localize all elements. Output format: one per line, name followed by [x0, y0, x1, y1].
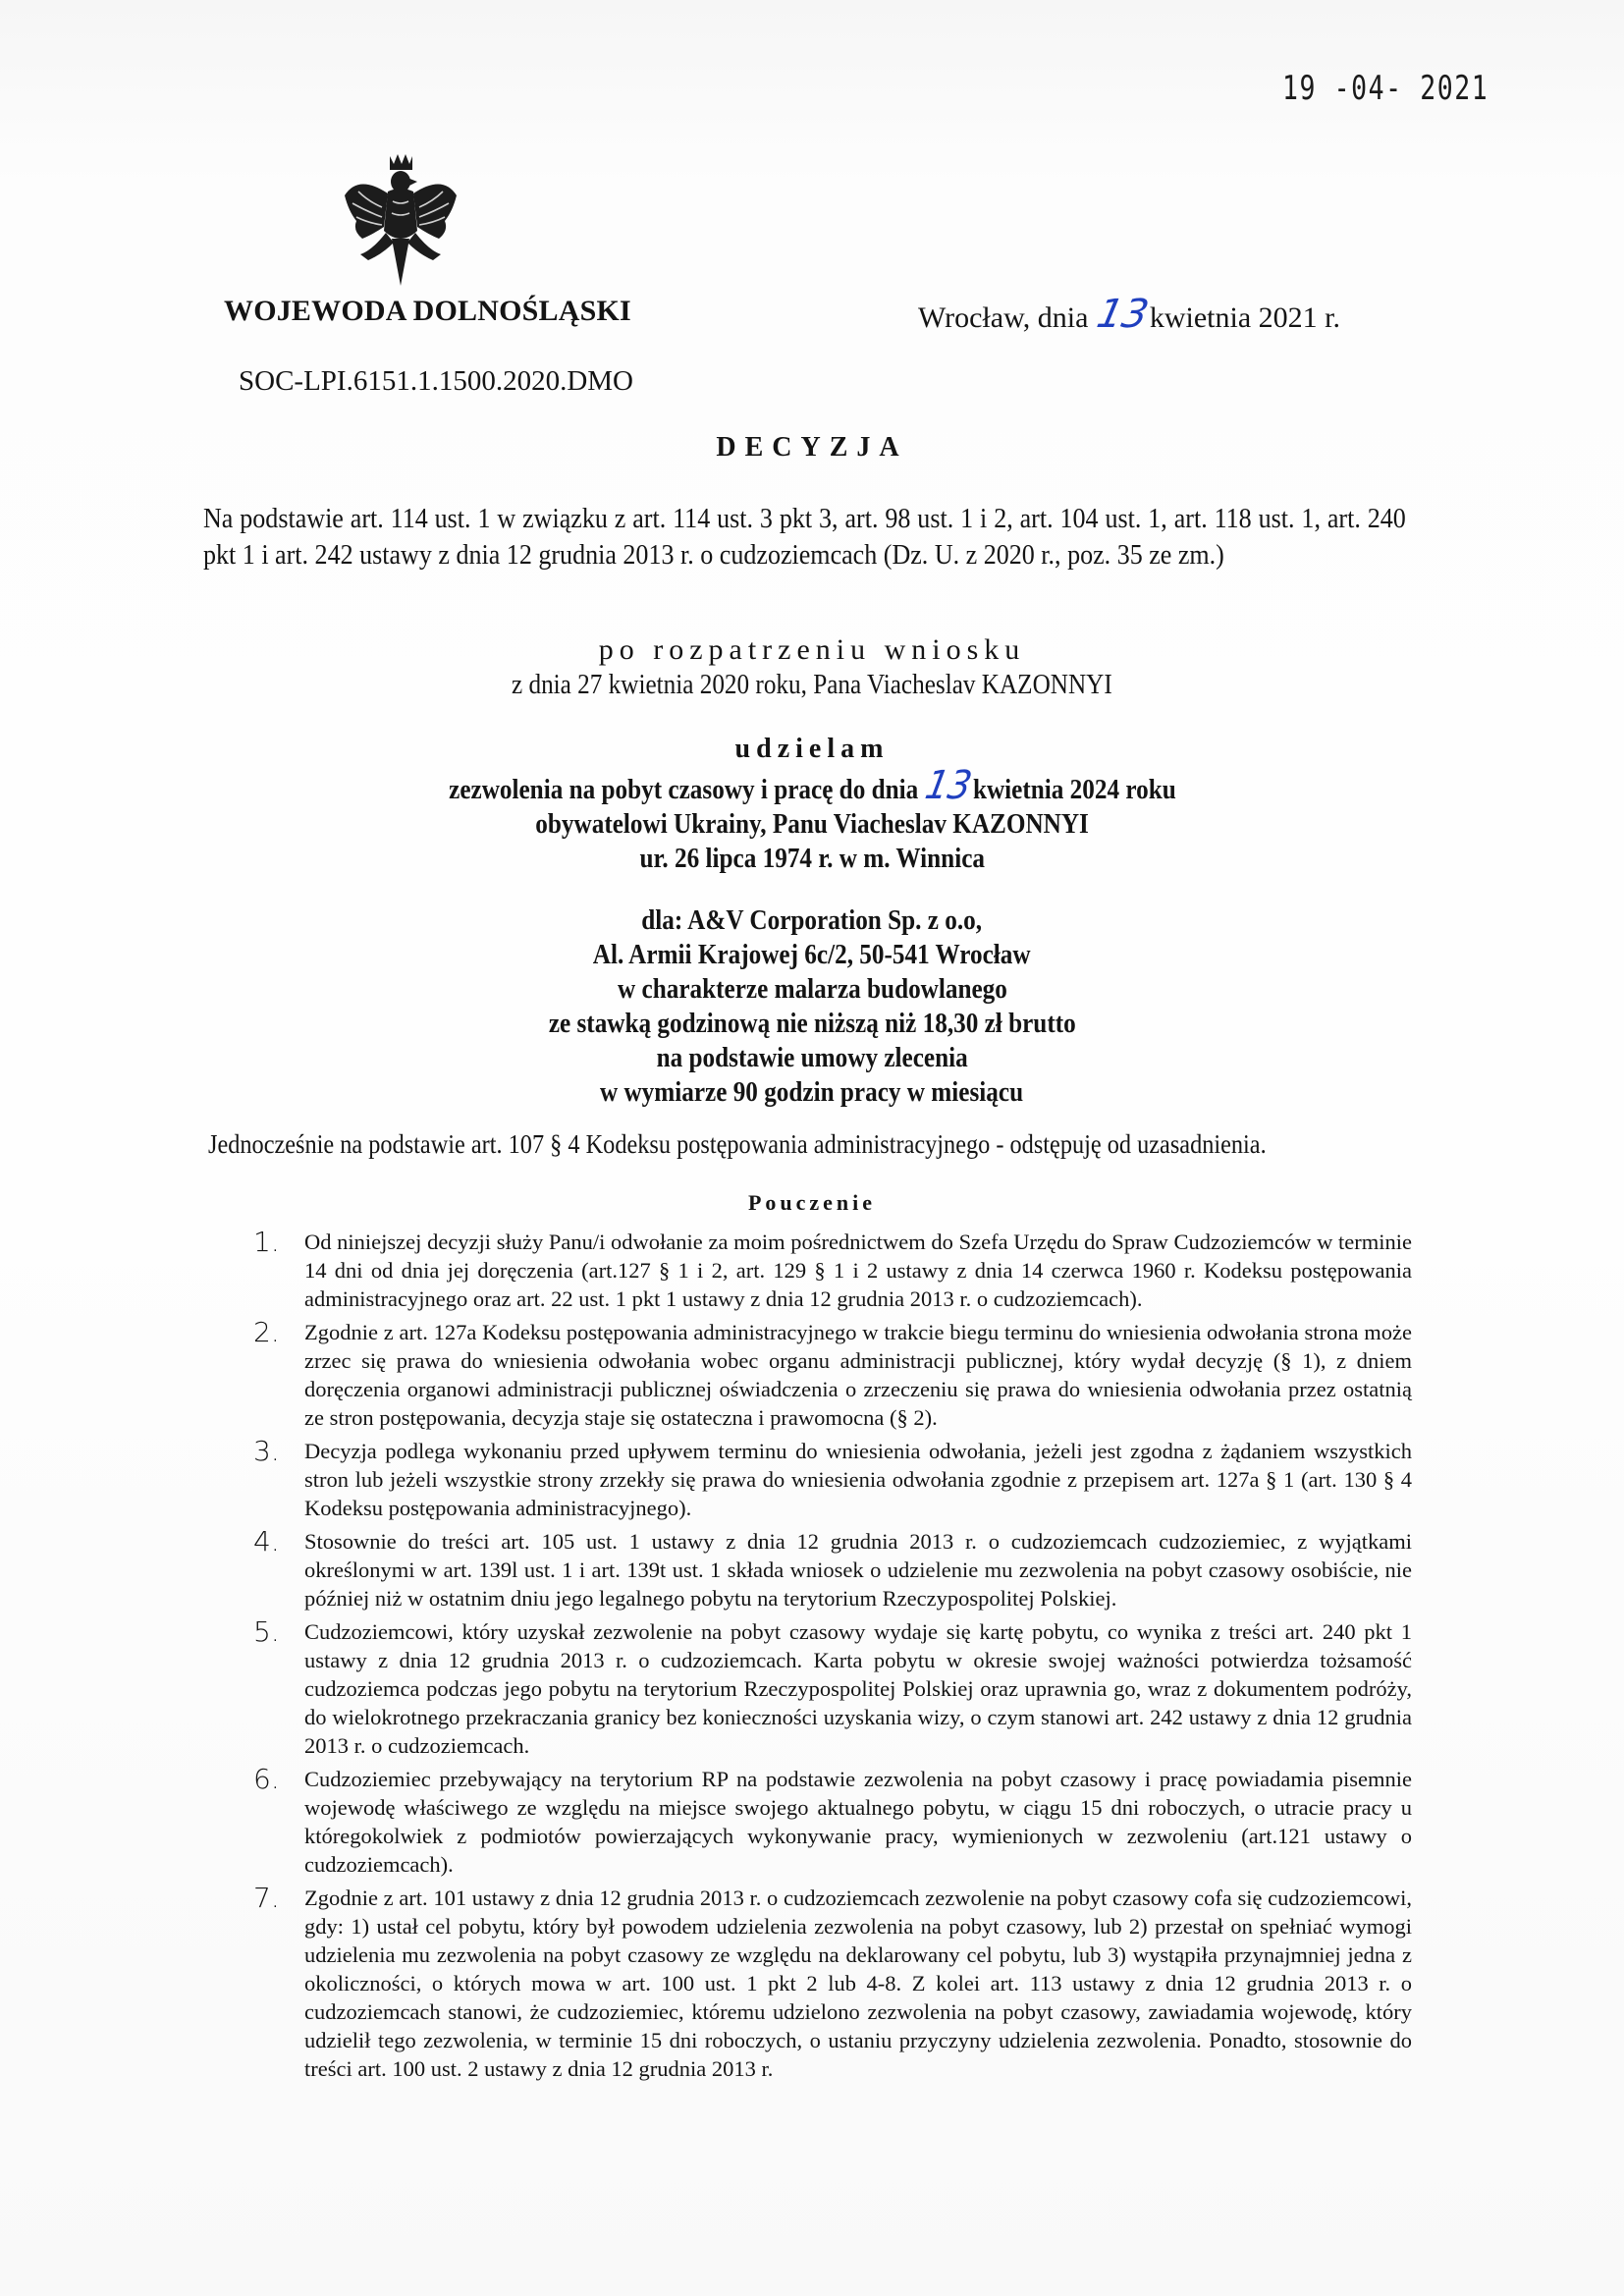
place-and-date: Wrocław, dnia 13kwietnia 2021 r. — [918, 295, 1340, 335]
instruction-item: 5. Cudzoziemcowi, który uzyskał zezwolen… — [253, 1617, 1412, 1760]
instruction-item: 3. Decyzja podlega wykonaniu przed upływ… — [253, 1437, 1412, 1522]
employer-line: w wymiarze 90 godzin pracy w miesiącu — [600, 1075, 1023, 1110]
instruction-item: 7. Zgodnie z art. 101 ustawy z dnia 12 g… — [253, 1884, 1412, 2083]
permit-suffix: kwietnia 2024 roku — [973, 775, 1176, 805]
employer-line: dla: A&V Corporation Sp. z o.o, — [642, 903, 983, 938]
instruction-number: 4. — [253, 1527, 280, 1556]
instruction-text: Zgodnie z art. 127a Kodeksu postępowania… — [304, 1318, 1412, 1432]
justification-waiver: Jednocześnie na podstawie art. 107 § 4 K… — [208, 1129, 1267, 1160]
permit-prefix: zezwolenia na pobyt czasowy i pracę do d… — [449, 775, 918, 805]
document-title: DECYZJA — [0, 432, 1624, 464]
permit-line: zezwolenia na pobyt czasowy i pracę do d… — [449, 766, 1176, 807]
employer-line: ze stawką godzinową nie niższą niż 18,30… — [549, 1007, 1076, 1041]
instructions-title: Pouczenie — [0, 1190, 1624, 1216]
instruction-number: 5. — [253, 1617, 280, 1646]
received-date-stamp: 19 -04- 2021 — [1282, 69, 1489, 108]
employer-block: dla: A&V Corporation Sp. z o.o, Al. Armi… — [0, 903, 1624, 1110]
handwritten-permit-day: 13 — [922, 766, 974, 805]
instruction-item: 1. Od niniejszej decyzji służy Panu/i od… — [253, 1228, 1412, 1313]
employer-line: w charakterze malarza budowlanego — [618, 972, 1007, 1007]
birth-line: ur. 26 lipca 1974 r. w m. Winnica — [639, 842, 984, 876]
legal-basis-paragraph: Na podstawie art. 114 ust. 1 w związku z… — [203, 501, 1406, 574]
instruction-item: 6. Cudzoziemiec przebywający na terytori… — [253, 1765, 1412, 1879]
instruction-number: 2. — [253, 1318, 280, 1346]
instruction-number: 1. — [253, 1228, 280, 1256]
employer-line: na podstawie umowy zlecenia — [656, 1041, 967, 1075]
employer-line: Al. Armii Krajowej 6c/2, 50-541 Wrocław — [593, 938, 1031, 972]
instruction-text: Stosownie do treści art. 105 ust. 1 usta… — [304, 1527, 1412, 1613]
organization-name: WOJEWODA DOLNOŚLĄSKI — [224, 295, 631, 328]
instruction-number: 7. — [253, 1884, 280, 1912]
instruction-text: Od niniejszej decyzji służy Panu/i odwoł… — [304, 1228, 1412, 1313]
instruction-item: 2. Zgodnie z art. 127a Kodeksu postępowa… — [253, 1318, 1412, 1432]
instruction-text: Decyzja podlega wykonaniu przed upływem … — [304, 1437, 1412, 1522]
reference-number: SOC-LPI.6151.1.1500.2020.DMO — [239, 365, 633, 398]
instruction-text: Cudzoziemiec przebywający na terytorium … — [304, 1765, 1412, 1879]
document-page: 19 -04- 2021 — [0, 0, 1624, 2296]
citizen-line: obywatelowi Ukrainy, Panu Viacheslav KAZ… — [535, 807, 1089, 842]
place-date-prefix: Wrocław, dnia — [918, 301, 1088, 334]
application-block: po rozpatrzeniu wniosku z dnia 27 kwietn… — [0, 633, 1624, 704]
decision-heading: udzielam — [0, 732, 1624, 766]
instruction-number: 3. — [253, 1437, 280, 1465]
instruction-item: 4. Stosownie do treści art. 105 ust. 1 u… — [253, 1527, 1412, 1613]
application-heading: po rozpatrzeniu wniosku — [0, 633, 1624, 667]
handwritten-day: 13 — [1094, 295, 1152, 334]
instruction-text: Zgodnie z art. 101 ustawy z dnia 12 grud… — [304, 1884, 1412, 2083]
instructions-list: 1. Od niniejszej decyzji służy Panu/i od… — [253, 1228, 1412, 2088]
application-details: z dnia 27 kwietnia 2020 roku, Pana Viach… — [512, 667, 1112, 704]
polish-eagle-emblem-icon — [339, 152, 461, 290]
place-date-suffix: kwietnia 2021 r. — [1150, 301, 1340, 334]
instruction-number: 6. — [253, 1765, 280, 1793]
instruction-text: Cudzoziemcowi, który uzyskał zezwolenie … — [304, 1617, 1412, 1760]
decision-block: udzielam zezwolenia na pobyt czasowy i p… — [0, 732, 1624, 876]
